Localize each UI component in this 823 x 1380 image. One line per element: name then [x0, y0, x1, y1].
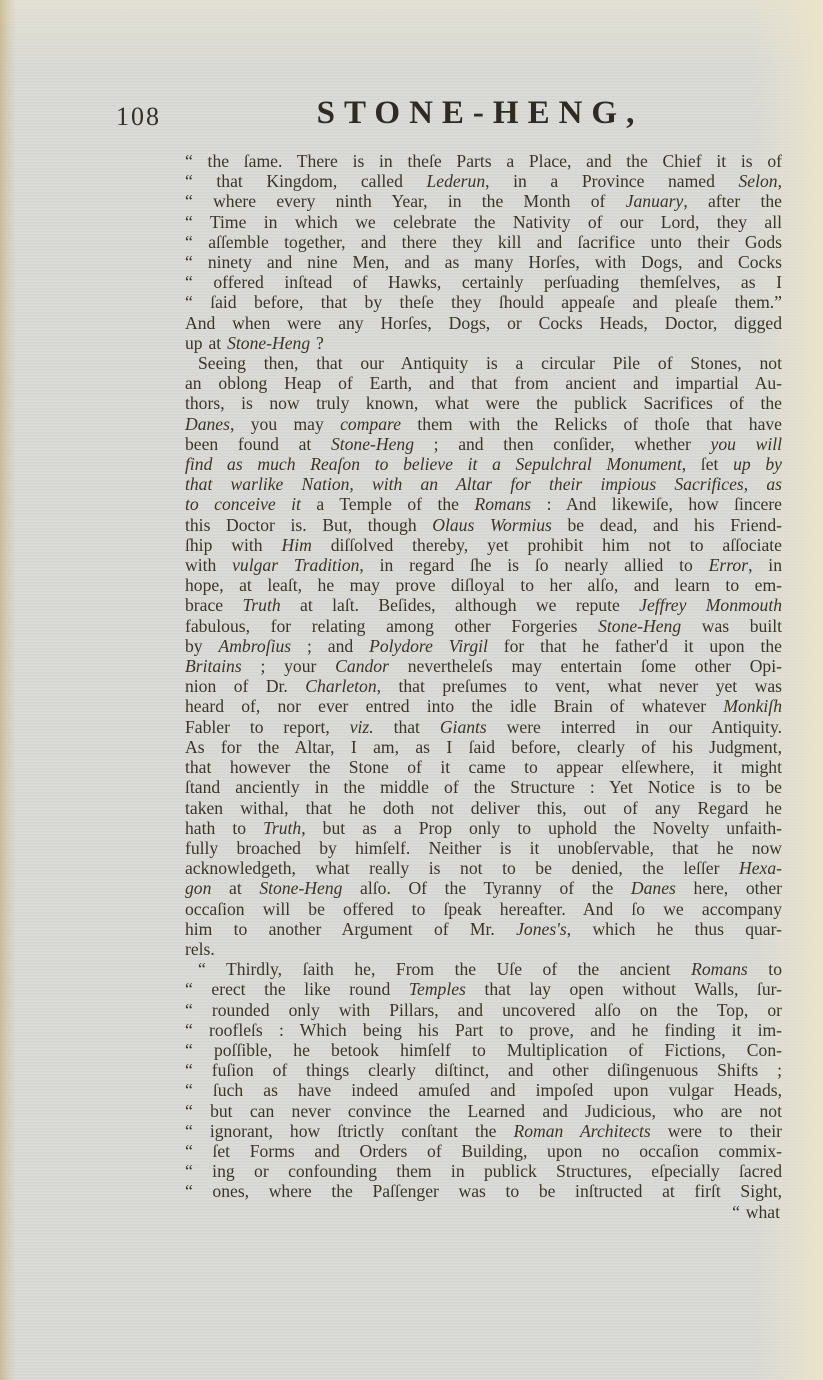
text-line: ſtand anciently in the middle of the Str… [185, 777, 782, 797]
text-line: “ Thirdly, ſaith he, From the Uſe of the… [185, 959, 782, 979]
text-line: him to another Argument of Mr. Jones's, … [185, 919, 782, 939]
text-line: Seeing then, that our Antiquity is a cir… [185, 353, 782, 373]
text-line: “ rounded only with Pillars, and uncover… [185, 1000, 782, 1020]
page-header-title: STONE-HENG, [150, 95, 810, 132]
text-line: “ offered inſtead of Hawks, certainly pe… [185, 272, 782, 292]
text-line: that warlike Nation, with an Altar for t… [185, 474, 782, 494]
text-line: gon at Stone-Heng alſo. Of the Tyranny o… [185, 878, 782, 898]
text-line: “ where every ninth Year, in the Month o… [185, 191, 782, 211]
text-line: find as much Reaſon to believe it a Sepu… [185, 454, 782, 474]
text-line: “ ſet Forms and Orders of Building, upon… [185, 1141, 782, 1161]
text-line: “ but can never convince the Learned and… [185, 1101, 782, 1121]
text-line: hope, at leaſt, he may prove diſloyal to… [185, 575, 782, 595]
text-line: Danes, you may compare them with the Rel… [185, 414, 782, 434]
text-line: “ fuſion of things clearly diſtinct, and… [185, 1060, 782, 1080]
text-line: to conceive it a Temple of the Romans : … [185, 494, 782, 514]
text-line: nion of Dr. Charleton, that preſumes to … [185, 676, 782, 696]
text-line: “ Time in which we celebrate the Nativit… [185, 212, 782, 232]
text-line: by Ambroſius ; and Polydore Virgil for t… [185, 636, 782, 656]
text-line: As for the Altar, I am, as I ſaid before… [185, 737, 782, 757]
text-line: And when were any Horſes, Dogs, or Cocks… [185, 313, 782, 333]
text-line: Britains ; your Candor nevertheleſs may … [185, 656, 782, 676]
text-line: hath to Truth, but as a Prop only to uph… [185, 818, 782, 838]
text-line: with vulgar Tradition, in regard ſhe is … [185, 555, 782, 575]
text-line: “ ignorant, how ſtrictly conſtant the Ro… [185, 1121, 782, 1141]
text-line: thors, is now truly known, what were the… [185, 393, 782, 413]
text-line: “ aſſemble together, and there they kill… [185, 232, 782, 252]
text-line: “ the ſame. There is in theſe Parts a Pl… [185, 151, 782, 171]
text-line: “ roofleſs : Which being his Part to pro… [185, 1020, 782, 1040]
text-line: this Doctor is. But, though Olaus Wormiu… [185, 515, 782, 535]
text-line: up at Stone-Heng ? [185, 333, 782, 353]
text-line: “ ſuch as have indeed amuſed and impoſed… [185, 1080, 782, 1100]
text-line: fully broached by himſelf. Neither is it… [185, 838, 782, 858]
text-line: heard of, nor ever entred into the idle … [185, 696, 782, 716]
text-line: “ erect the like round Temples that lay … [185, 979, 782, 999]
text-line: been found at Stone-Heng ; and then conſ… [185, 434, 782, 454]
text-line: fabulous, for relating among other Forge… [185, 616, 782, 636]
page-body: “ the ſame. There is in theſe Parts a Pl… [185, 151, 782, 1222]
text-line: ſhip with Him diſſolved thereby, yet pro… [185, 535, 782, 555]
catchword: “ what [185, 1202, 782, 1222]
text-line: taken withal, that he doth not deliver t… [185, 798, 782, 818]
text-line: “ poſſible, he betook himſelf to Multipl… [185, 1040, 782, 1060]
text-line: “ ſaid before, that by theſe they ſhould… [185, 292, 782, 312]
text-line: Fabler to report, viz. that Giants were … [185, 717, 782, 737]
text-line: “ ones, where the Paſſenger was to be in… [185, 1181, 782, 1201]
text-line: “ ing or confounding them in publick Str… [185, 1161, 782, 1181]
text-line: “ ninety and nine Men, and as many Horſe… [185, 252, 782, 272]
text-line: rels. [185, 939, 782, 959]
text-line: occaſion will be offered to ſpeak hereaf… [185, 899, 782, 919]
text-lines: “ the ſame. There is in theſe Parts a Pl… [185, 151, 782, 1202]
text-line: an oblong Heap of Earth, and that from a… [185, 373, 782, 393]
text-line: that however the Stone of it came to app… [185, 757, 782, 777]
text-line: brace Truth at laſt. Beſides, although w… [185, 595, 782, 615]
text-line: “ that Kingdom, called Lederun, in a Pro… [185, 171, 782, 191]
text-line: acknowledgeth, what really is not to be … [185, 858, 782, 878]
